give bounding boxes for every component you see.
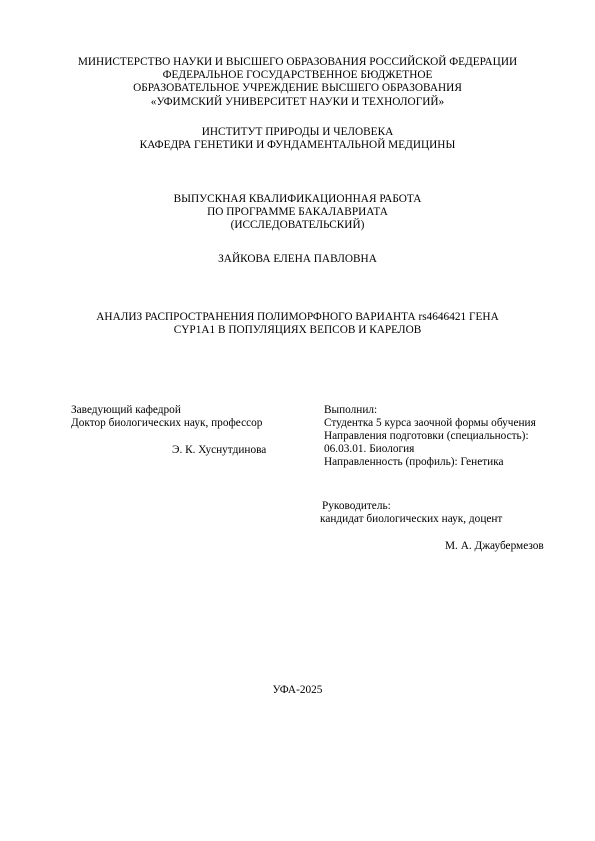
ministry-line-1: МИНИСТЕРСТВО НАУКИ И ВЫСШЕГО ОБРАЗОВАНИЯ… xyxy=(0,56,595,69)
performer-direction-label: Направления подготовки (специальность): xyxy=(324,430,529,443)
supervisor-label: Руководитель: xyxy=(322,500,391,513)
work-type: ВЫПУСКНАЯ КВАЛИФИКАЦИОННАЯ РАБОТА ПО ПРО… xyxy=(0,193,595,233)
performer-label: Выполнил: xyxy=(324,404,377,417)
work-type-line-3: (ИССЛЕДОВАТЕЛЬСКИЙ) xyxy=(0,219,595,232)
head-of-department-role: Заведующий кафедрой xyxy=(71,404,181,417)
ministry-line-2: ФЕДЕРАЛЬНОЕ ГОСУДАРСТВЕННОЕ БЮДЖЕТНОЕ xyxy=(0,69,595,82)
work-type-line-2: ПО ПРОГРАММЕ БАКАЛАВРИАТА xyxy=(0,206,595,219)
thesis-title-line-1: АНАЛИЗ РАСПРОСТРАНЕНИЯ ПОЛИМОРФНОГО ВАРИ… xyxy=(0,311,595,324)
ministry-line-4: «УФИМСКИЙ УНИВЕРСИТЕТ НАУКИ И ТЕХНОЛОГИЙ… xyxy=(0,96,595,109)
performer-course: Студентка 5 курса заочной формы обучения xyxy=(324,417,536,430)
institute-header: ИНСТИТУТ ПРИРОДЫ И ЧЕЛОВЕКА КАФЕДРА ГЕНЕ… xyxy=(0,126,595,152)
supervisor-degree: кандидат биологических наук, доцент xyxy=(320,513,502,526)
head-of-department-degree: Доктор биологических наук, профессор xyxy=(71,417,262,430)
head-of-department-name: Э. К. Хуснутдинова xyxy=(172,444,266,457)
performer-profile: Направленность (профиль): Генетика xyxy=(324,456,504,469)
author-name: ЗАЙКОВА ЕЛЕНА ПАВЛОВНА xyxy=(0,253,595,266)
work-type-line-1: ВЫПУСКНАЯ КВАЛИФИКАЦИОННАЯ РАБОТА xyxy=(0,193,595,206)
thesis-title-line-2: CYP1A1 В ПОПУЛЯЦИЯХ ВЕПСОВ И КАРЕЛОВ xyxy=(0,324,595,337)
performer-specialty: 06.03.01. Биология xyxy=(324,443,414,456)
city-year: УФА-2025 xyxy=(0,684,595,697)
ministry-header: МИНИСТЕРСТВО НАУКИ И ВЫСШЕГО ОБРАЗОВАНИЯ… xyxy=(0,56,595,109)
supervisor-name: М. А. Джаубермезов xyxy=(445,540,544,553)
ministry-line-3: ОБРАЗОВАТЕЛЬНОЕ УЧРЕЖДЕНИЕ ВЫСШЕГО ОБРАЗ… xyxy=(0,82,595,95)
thesis-title: АНАЛИЗ РАСПРОСТРАНЕНИЯ ПОЛИМОРФНОГО ВАРИ… xyxy=(0,311,595,337)
department-name: КАФЕДРА ГЕНЕТИКИ И ФУНДАМЕНТАЛЬНОЙ МЕДИЦ… xyxy=(0,139,595,152)
institute-name: ИНСТИТУТ ПРИРОДЫ И ЧЕЛОВЕКА xyxy=(0,126,595,139)
